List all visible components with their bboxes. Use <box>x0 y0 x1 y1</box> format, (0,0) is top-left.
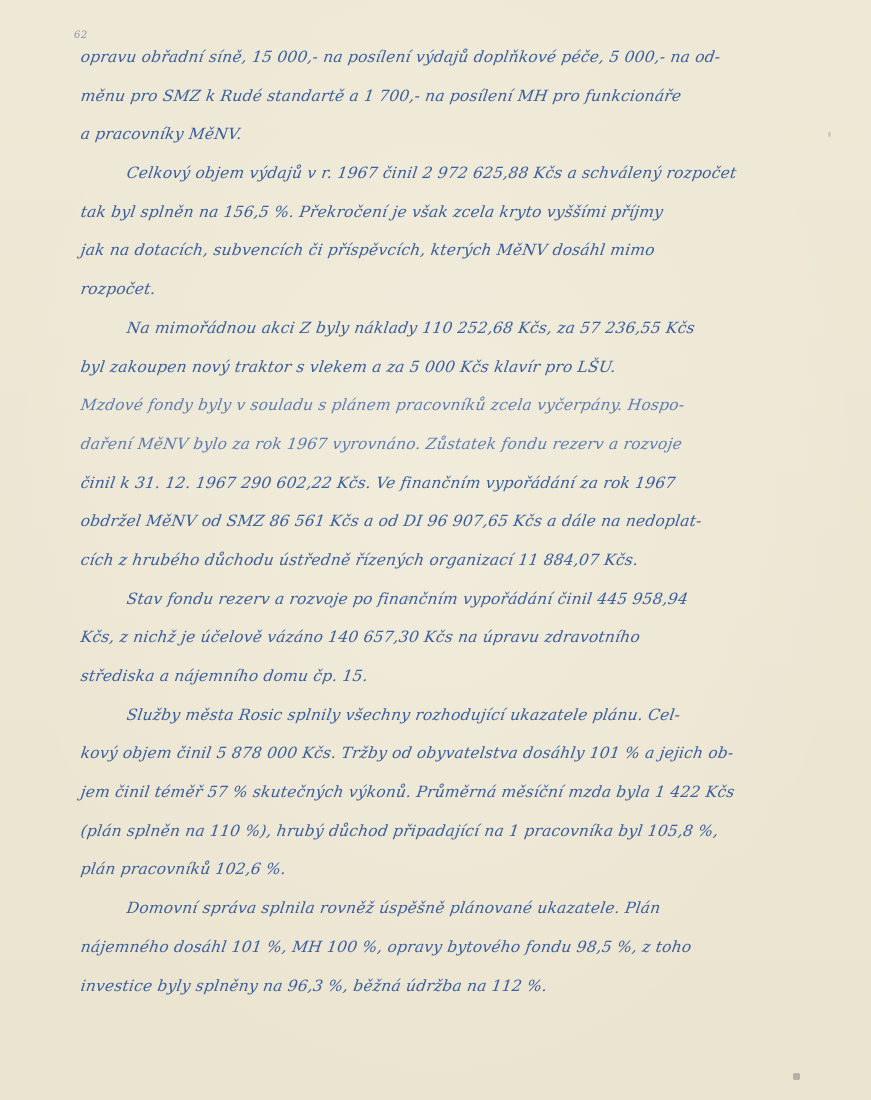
document-page: 62 opravu obřadní síně, 15 000,- na posí… <box>0 0 871 1100</box>
paragraph-start-line: Služby města Rosic splnily všechny rozho… <box>78 696 803 735</box>
text-line: byl zakoupen nový traktor s vlekem a za … <box>78 348 803 387</box>
paper-blemish <box>407 596 410 601</box>
text-line: daření MěNV bylo za rok 1967 vyrovnáno. … <box>78 425 803 464</box>
paragraph-start-line: Na mimořádnou akci Z byly náklady 110 25… <box>78 309 803 348</box>
text-line: (plán splněn na 110 %), hrubý důchod při… <box>78 812 803 851</box>
handwritten-text-body: opravu obřadní síně, 15 000,- na posílen… <box>78 38 798 1005</box>
text-line: jem činil téměř 57 % skutečných výkonů. … <box>78 773 803 812</box>
text-line: činil k 31. 12. 1967 290 602,22 Kčs. Ve … <box>78 464 803 503</box>
paragraph-start-line: Celkový objem výdajů v r. 1967 činil 2 9… <box>78 154 803 193</box>
text-line: a pracovníky MěNV. <box>78 115 803 154</box>
text-line: měnu pro SMZ k Rudé standartě a 1 700,- … <box>78 77 803 116</box>
text-line: plán pracovníků 102,6 %. <box>78 850 803 889</box>
text-line: Mzdové fondy byly v souladu s plánem pra… <box>78 386 803 425</box>
paragraph-start-line: Stav fondu rezerv a rozvoje po finančním… <box>78 580 803 619</box>
text-line: cích z hrubého důchodu ústředně řízených… <box>78 541 803 580</box>
text-line: opravu obřadní síně, 15 000,- na posílen… <box>78 38 803 77</box>
text-line: střediska a nájemního domu čp. 15. <box>78 657 803 696</box>
paper-blemish <box>828 132 831 137</box>
text-line: jak na dotacích, subvencích či příspěvcí… <box>78 231 803 270</box>
text-line: obdržel MěNV od SMZ 86 561 Kčs a od DI 9… <box>78 502 803 541</box>
text-line: kový objem činil 5 878 000 Kčs. Tržby od… <box>78 734 803 773</box>
paragraph-start-line: Domovní správa splnila rovněž úspěšně pl… <box>78 889 803 928</box>
text-line: rozpočet. <box>78 270 803 309</box>
text-line: nájemného dosáhl 101 %, MH 100 %, opravy… <box>78 928 803 967</box>
text-line: investice byly splněny na 96,3 %, běžná … <box>78 967 803 1006</box>
text-line: Kčs, z nichž je účelově vázáno 140 657,3… <box>78 618 803 657</box>
text-line: tak byl splněn na 156,5 %. Překročení je… <box>78 193 803 232</box>
paper-blemish <box>793 1073 800 1080</box>
